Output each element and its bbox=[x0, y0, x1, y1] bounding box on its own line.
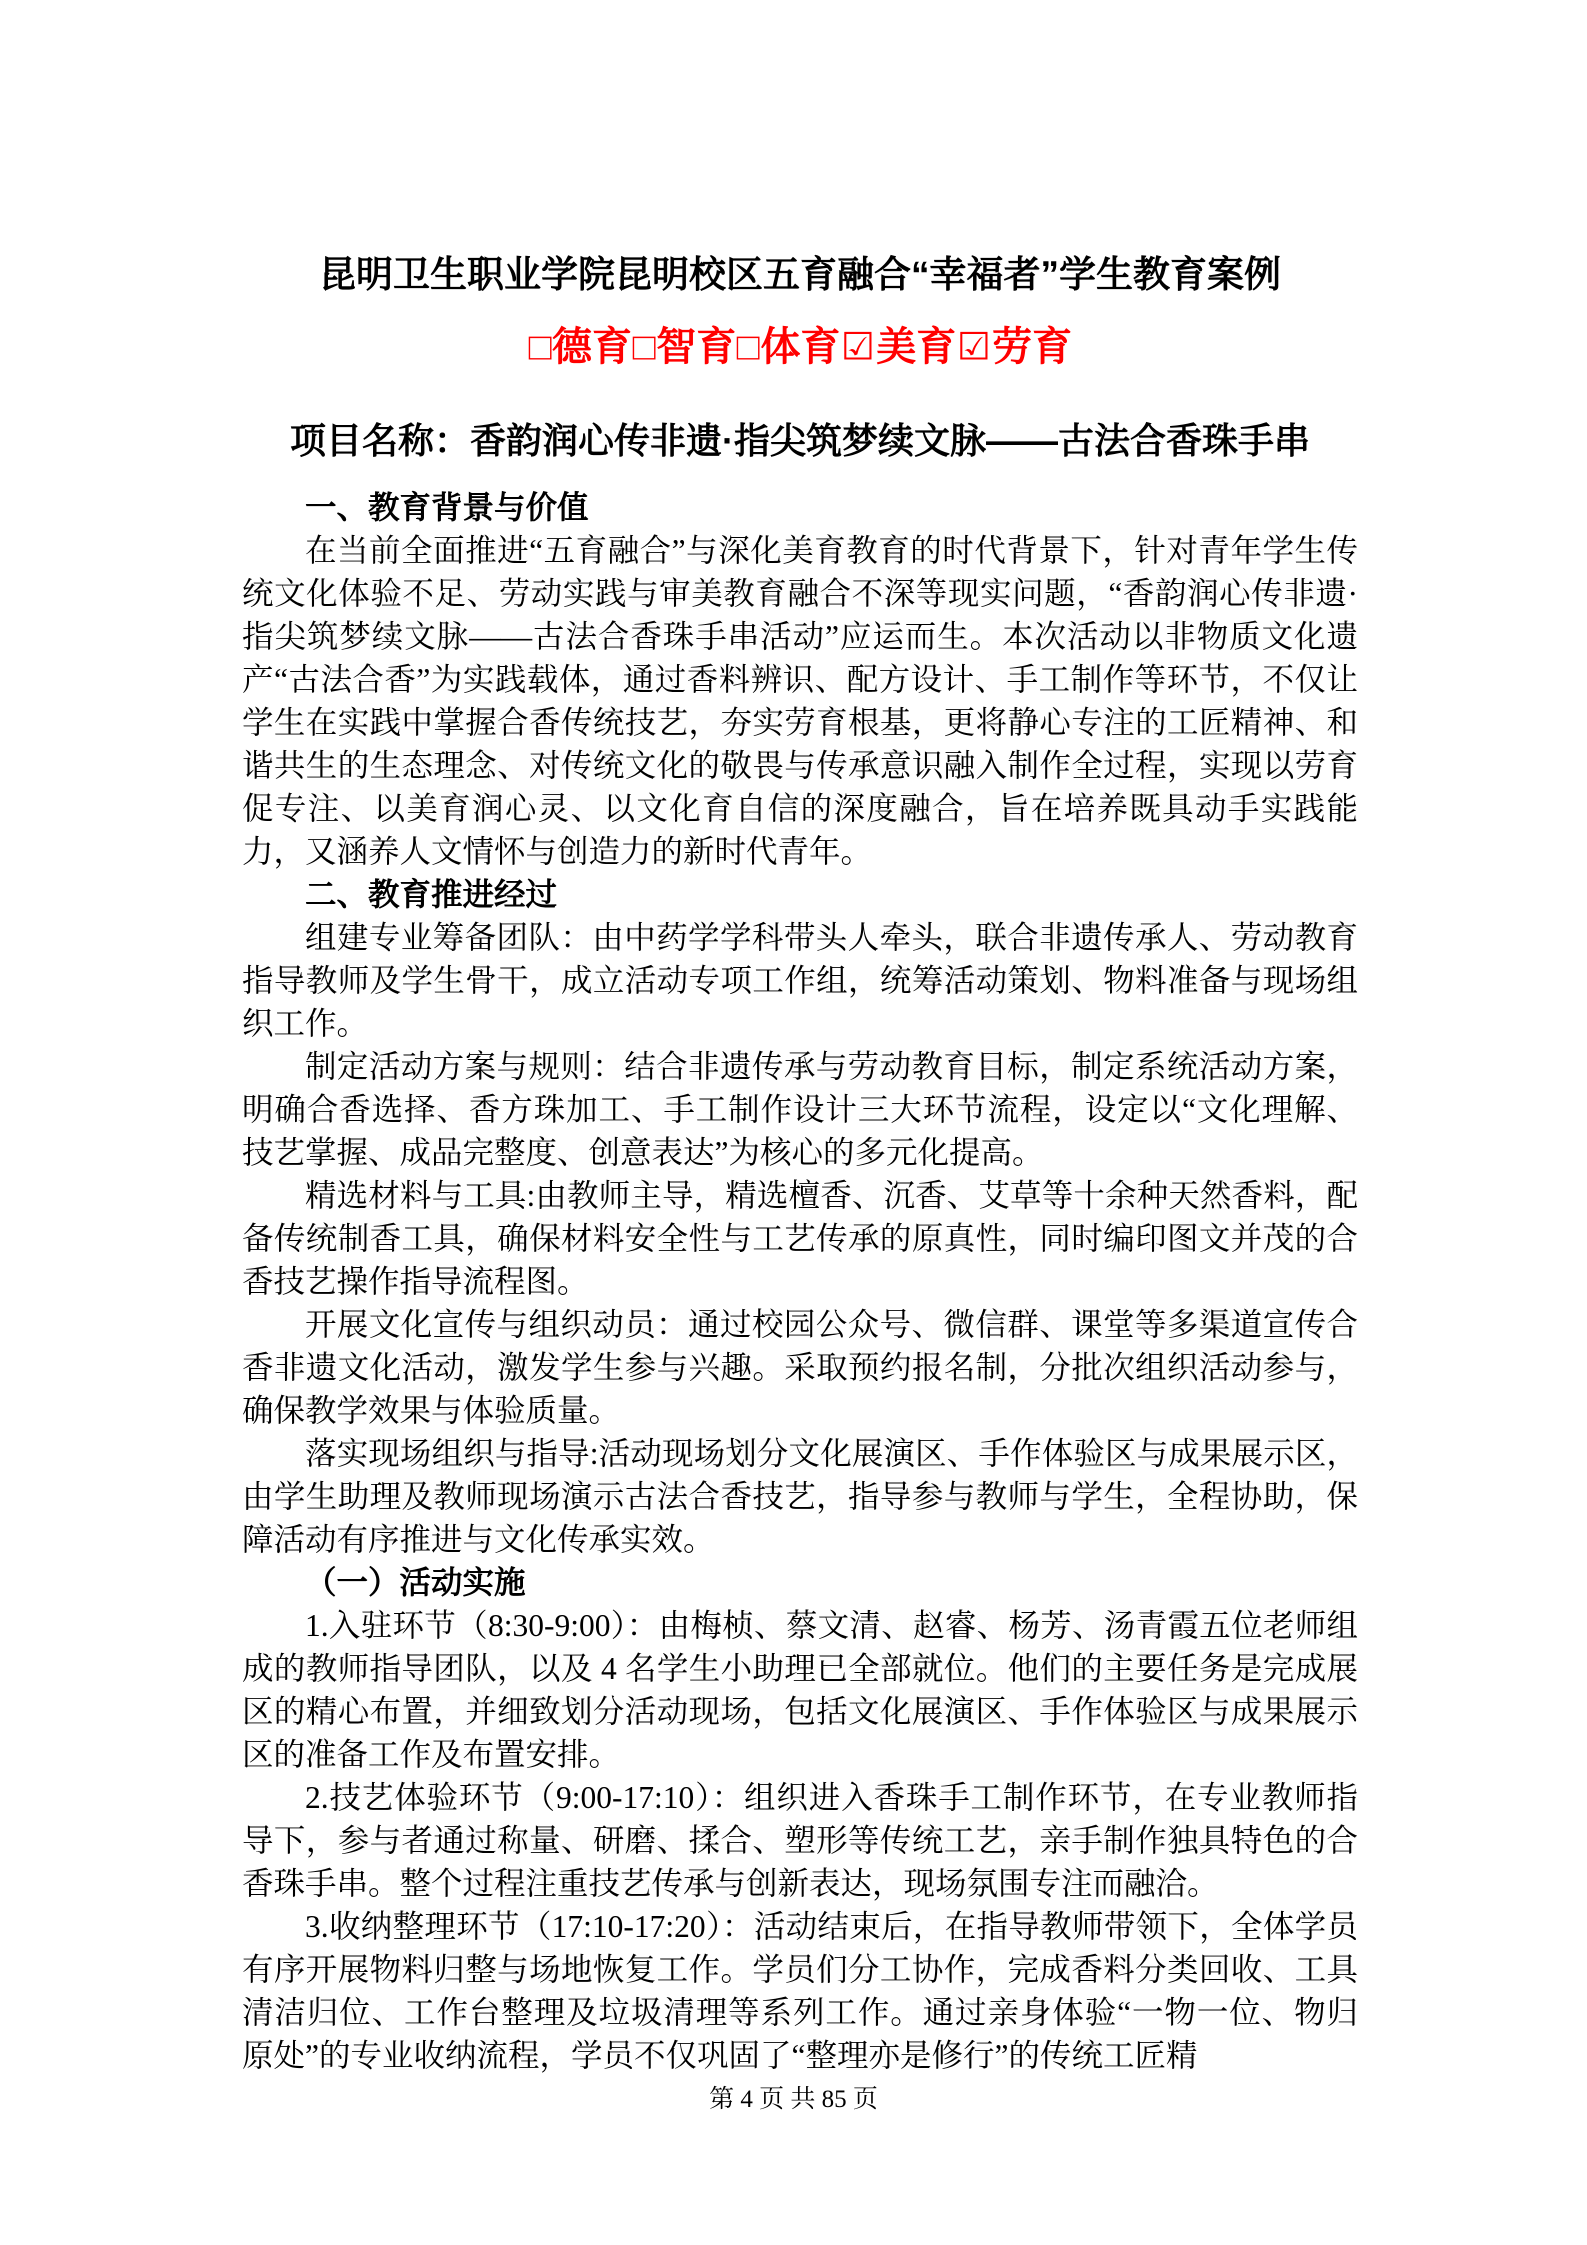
category-item: □智育 bbox=[632, 322, 736, 372]
body-paragraph: 3.收纳整理环节（17:10-17:20）：活动结束后，在指导教师带领下，全体学… bbox=[242, 1905, 1358, 2077]
category-checkbox-line: □德育□智育□体育☑美育☑劳育 bbox=[242, 322, 1358, 372]
body-paragraph: 制定活动方案与规则：结合非遗传承与劳动教育目标，制定系统活动方案，明确合香选择、… bbox=[242, 1045, 1358, 1174]
project-title: 项目名称：香韵润心传非遗·指尖筑梦续文脉——古法合香珠手串 bbox=[242, 416, 1358, 466]
category-label: 体育 bbox=[760, 325, 840, 369]
section-heading: 二、教育推进经过 bbox=[242, 873, 1358, 916]
document-content: 昆明卫生职业学院昆明校区五育融合“幸福者”学生教育案例 □德育□智育□体育☑美育… bbox=[242, 0, 1358, 2077]
checked-checkbox-icon: ☑ bbox=[957, 323, 991, 371]
checked-checkbox-icon: ☑ bbox=[841, 323, 875, 371]
category-label: 劳育 bbox=[992, 325, 1072, 369]
body-paragraph: 落实现场组织与指导:活动现场划分文化展演区、手作体验区与成果展示区，由学生助理及… bbox=[242, 1432, 1358, 1561]
category-item: □德育 bbox=[528, 322, 632, 372]
page-number-footer: 第 4 页 共 85 页 bbox=[0, 2083, 1587, 2117]
section-heading: 一、教育背景与价值 bbox=[242, 486, 1358, 529]
body-paragraph: 1.入驻环节（8:30-9:00）：由梅桢、蔡文清、赵睿、杨芳、汤青霞五位老师组… bbox=[242, 1604, 1358, 1776]
unchecked-checkbox-icon: □ bbox=[528, 323, 551, 371]
body-paragraph: 2.技艺体验环节（9:00-17:10）：组织进入香珠手工制作环节，在专业教师指… bbox=[242, 1776, 1358, 1905]
body-paragraph: 在当前全面推进“五育融合”与深化美育教育的时代背景下，针对青年学生传统文化体验不… bbox=[242, 529, 1358, 873]
body-paragraph: 组建专业筹备团队：由中药学学科带头人牵头，联合非遗传承人、劳动教育指导教师及学生… bbox=[242, 916, 1358, 1045]
document-title: 昆明卫生职业学院昆明校区五育融合“幸福者”学生教育案例 bbox=[242, 250, 1358, 300]
category-label: 美育 bbox=[876, 325, 956, 369]
body-paragraph: 精选材料与工具:由教师主导，精选檀香、沉香、艾草等十余种天然香料，配备传统制香工… bbox=[242, 1174, 1358, 1303]
document-body: 一、教育背景与价值在当前全面推进“五育融合”与深化美育教育的时代背景下，针对青年… bbox=[242, 486, 1358, 2077]
category-item: □体育 bbox=[736, 322, 840, 372]
category-item: ☑美育 bbox=[840, 322, 956, 372]
category-label: 德育 bbox=[552, 325, 632, 369]
category-item: ☑劳育 bbox=[956, 322, 1072, 372]
body-paragraph: 开展文化宣传与组织动员：通过校园公众号、微信群、课堂等多渠道宣传合香非遗文化活动… bbox=[242, 1303, 1358, 1432]
unchecked-checkbox-icon: □ bbox=[737, 323, 760, 371]
category-label: 智育 bbox=[656, 325, 736, 369]
section-heading: （一）活动实施 bbox=[242, 1561, 1358, 1604]
unchecked-checkbox-icon: □ bbox=[633, 323, 656, 371]
document-page: 昆明卫生职业学院昆明校区五育融合“幸福者”学生教育案例 □德育□智育□体育☑美育… bbox=[0, 0, 1587, 2245]
